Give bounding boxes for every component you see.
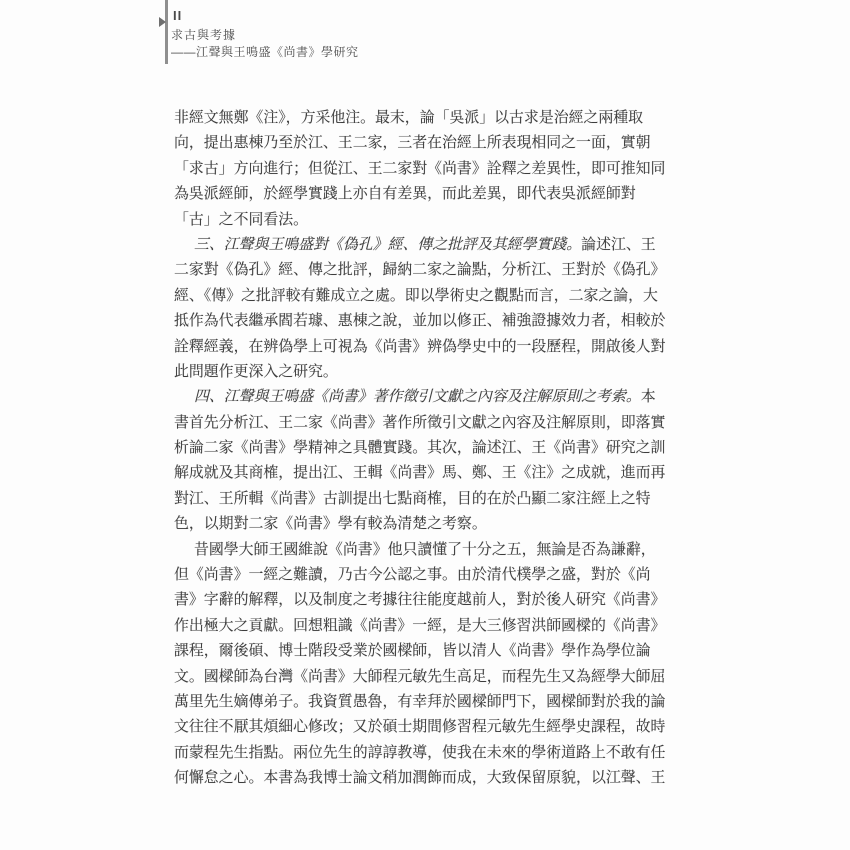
body-text-segment: 「古」之不同看法。 bbox=[174, 212, 308, 228]
body-text-line: 但《尚書》一經之難讀，乃古今公認之事。由於清代樸學之盛，對於《尚 bbox=[174, 563, 656, 588]
body-text-segment: 抵作為代表繼承閻若璩、惠棟之說，並加以修正、補強證據效力者，相較於 bbox=[174, 313, 665, 329]
body-text-line: 解成就及其商榷，提出江、王輯《尚書》馬、鄭、王《注》之成就，進而再 bbox=[174, 461, 656, 486]
header-triangle-marker-icon bbox=[159, 17, 166, 27]
body-text-segment: 向，提出惠棟乃至於江、王二家，三者在治經上所表現相同之一面，實朝 bbox=[174, 135, 651, 151]
body-text-line: 析論二家《尚書》學精神之具體實踐。其次，論述江、王《尚書》研究之訓 bbox=[174, 436, 656, 461]
body-text-segment: 「求古」方向進行；但從江、王二家對《尚書》詮釋之差異性，即可推知同 bbox=[174, 161, 665, 177]
body-text-line: 為吳派經師，於經學實踐上亦自有差異，而此差異，即代表吳派經師對 bbox=[174, 182, 656, 207]
body-text-segment: 而蒙程先生指點。兩位先生的諄諄教導，使我在未來的學術道路上不敢有任 bbox=[174, 745, 665, 761]
body-text-segment: 課程，爾後碩、博士階段受業於國樑師，皆以清人《尚書》學作為學位論 bbox=[174, 643, 651, 659]
body-text-segment: 書》字辭的解釋，以及制度之考據往往能度越前人，對於後人研究《尚書》 bbox=[174, 592, 665, 608]
body-text-line: 作出極大之貢獻。回想粗識《尚書》一經，是大三修習洪師國樑的《尚書》 bbox=[174, 614, 656, 639]
body-text-line: 何懈怠之心。本書為我博士論文稍加潤飾而成，大致保留原貌，以江聲、王 bbox=[174, 766, 656, 791]
body-text-line: 向，提出惠棟乃至於江、王二家，三者在治經上所表現相同之一面，實朝 bbox=[174, 131, 656, 156]
header-vertical-rule bbox=[165, 0, 168, 64]
body-text-segment: 詮釋經義，在辨偽學上可視為《尚書》辨偽學史中的一段歷程，開啟後人對 bbox=[174, 339, 665, 355]
body-text-segment: 萬里先生嫡傳弟子。我資質愚魯，有幸拜於國樑師門下，國樑師對於我的論 bbox=[174, 694, 665, 710]
body-text-line: 書》字辭的解釋，以及制度之考據往往能度越前人，對於後人研究《尚書》 bbox=[174, 588, 656, 613]
kai-style-heading-text: 四、江聲與王鳴盛《尚書》著作徵引文獻之內容及注解原則之考索。 bbox=[194, 389, 641, 405]
body-text-segment: 何懈怠之心。本書為我博士論文稍加潤飾而成，大致保留原貌，以江聲、王 bbox=[174, 770, 665, 786]
body-text-segment: 但《尚書》一經之難讀，乃古今公認之事。由於清代樸學之盛，對於《尚 bbox=[174, 567, 651, 583]
body-text-line: 二家對《偽孔》經、傳之批評，歸納二家之論點，分析江、王對於《偽孔》 bbox=[174, 258, 656, 283]
book-page: II 求古與考據 ——江聲與王鳴盛《尚書》學研究 非經文無鄭《注》，方采他注。最… bbox=[0, 0, 850, 850]
body-text-segment: 昔國學大師王國維說《尚書》他只讀懂了十分之五，無論是否為謙辭， bbox=[194, 542, 656, 558]
kai-style-heading-text: 三、江聲與王鳴盛對《偽孔》經、傳之批評及其經學實踐。 bbox=[194, 237, 581, 253]
body-text-line: 經、《傳》之批評較有難成立之處。即以學術史之觀點而言，二家之論，大 bbox=[174, 284, 656, 309]
body-text-line: 三、江聲與王鳴盛對《偽孔》經、傳之批評及其經學實踐。論述江、王 bbox=[174, 233, 656, 258]
body-text-segment: 析論二家《尚書》學精神之具體實踐。其次，論述江、王《尚書》研究之訓 bbox=[174, 440, 665, 456]
running-header-book-subtitle: ——江聲與王鳴盛《尚書》學研究 bbox=[171, 43, 359, 60]
body-text-segment: 經、《傳》之批評較有難成立之處。即以學術史之觀點而言，二家之論，大 bbox=[174, 288, 658, 304]
body-text-line: 非經文無鄭《注》，方采他注。最末，論「吳派」以古求是治經之兩種取 bbox=[174, 106, 656, 131]
body-text-segment: 為吳派經師，於經學實踐上亦自有差異，而此差異，即代表吳派經師對 bbox=[174, 186, 636, 202]
body-text-line: 課程，爾後碩、博士階段受業於國樑師，皆以清人《尚書》學作為學位論 bbox=[174, 639, 656, 664]
body-text-line: 色，以期對二家《尚書》學有較為清楚之考察。 bbox=[174, 512, 656, 537]
body-text-line: 文往往不厭其煩細心修改；又於碩士期間修習程元敏先生經學史課程，故時 bbox=[174, 715, 656, 740]
body-text-segment: 非經文無鄭《注》，方采他注。最末，論「吳派」以古求是治經之兩種取 bbox=[174, 110, 643, 126]
body-text-line: 「求古」方向進行；但從江、王二家對《尚書》詮釋之差異性，即可推知同 bbox=[174, 157, 656, 182]
body-text-line: 萬里先生嫡傳弟子。我資質愚魯，有幸拜於國樑師門下，國樑師對於我的論 bbox=[174, 690, 656, 715]
body-text-line: 詮釋經義，在辨偽學上可視為《尚書》辨偽學史中的一段歷程，開啟後人對 bbox=[174, 335, 656, 360]
body-text-line: 四、江聲與王鳴盛《尚書》著作徵引文獻之內容及注解原則之考索。本 bbox=[174, 385, 656, 410]
body-text-segment: 色，以期對二家《尚書》學有較為清楚之考察。 bbox=[174, 516, 487, 532]
body-text-segment: 文往往不厭其煩細心修改；又於碩士期間修習程元敏先生經學史課程，故時 bbox=[174, 719, 665, 735]
body-text-segment: 文。國樑師為台灣《尚書》大師程元敏先生高足，而程先生又為經學大師屈 bbox=[174, 669, 665, 685]
body-text-segment: 解成就及其商榷，提出江、王輯《尚書》馬、鄭、王《注》之成就，進而再 bbox=[174, 465, 665, 481]
running-header-book-title: 求古與考據 bbox=[171, 26, 236, 43]
body-text-line: 書首先分析江、王二家《尚書》著作所徵引文獻之內容及注解原則，即落實 bbox=[174, 411, 656, 436]
body-text-line: 此問題作更深入之研究。 bbox=[174, 360, 656, 385]
body-text: 非經文無鄭《注》，方采他注。最末，論「吳派」以古求是治經之兩種取向，提出惠棟乃至… bbox=[174, 106, 656, 792]
body-text-segment: 本 bbox=[641, 389, 656, 405]
body-text-line: 文。國樑師為台灣《尚書》大師程元敏先生高足，而程先生又為經學大師屈 bbox=[174, 665, 656, 690]
body-text-segment: 二家對《偽孔》經、傳之批評，歸納二家之論點，分析江、王對於《偽孔》 bbox=[174, 262, 665, 278]
body-text-line: 而蒙程先生指點。兩位先生的諄諄教導，使我在未來的學術道路上不敢有任 bbox=[174, 741, 656, 766]
body-text-segment: 此問題作更深入之研究。 bbox=[174, 364, 338, 380]
page-number: II bbox=[173, 8, 182, 23]
body-text-segment: 書首先分析江、王二家《尚書》著作所徵引文獻之內容及注解原則，即落實 bbox=[174, 415, 665, 431]
body-text-segment: 作出極大之貢獻。回想粗識《尚書》一經，是大三修習洪師國樑的《尚書》 bbox=[174, 618, 665, 634]
body-text-line: 對江、王所輯《尚書》古訓提出七點商榷，目的在於凸顯二家注經上之特 bbox=[174, 487, 656, 512]
body-text-segment: 對江、王所輯《尚書》古訓提出七點商榷，目的在於凸顯二家注經上之特 bbox=[174, 491, 651, 507]
body-text-line: 抵作為代表繼承閻若璩、惠棟之說，並加以修正、補強證據效力者，相較於 bbox=[174, 309, 656, 334]
body-text-segment: 論述江、王 bbox=[581, 237, 655, 253]
body-text-line: 「古」之不同看法。 bbox=[174, 208, 656, 233]
body-text-line: 昔國學大師王國維說《尚書》他只讀懂了十分之五，無論是否為謙辭， bbox=[174, 538, 656, 563]
